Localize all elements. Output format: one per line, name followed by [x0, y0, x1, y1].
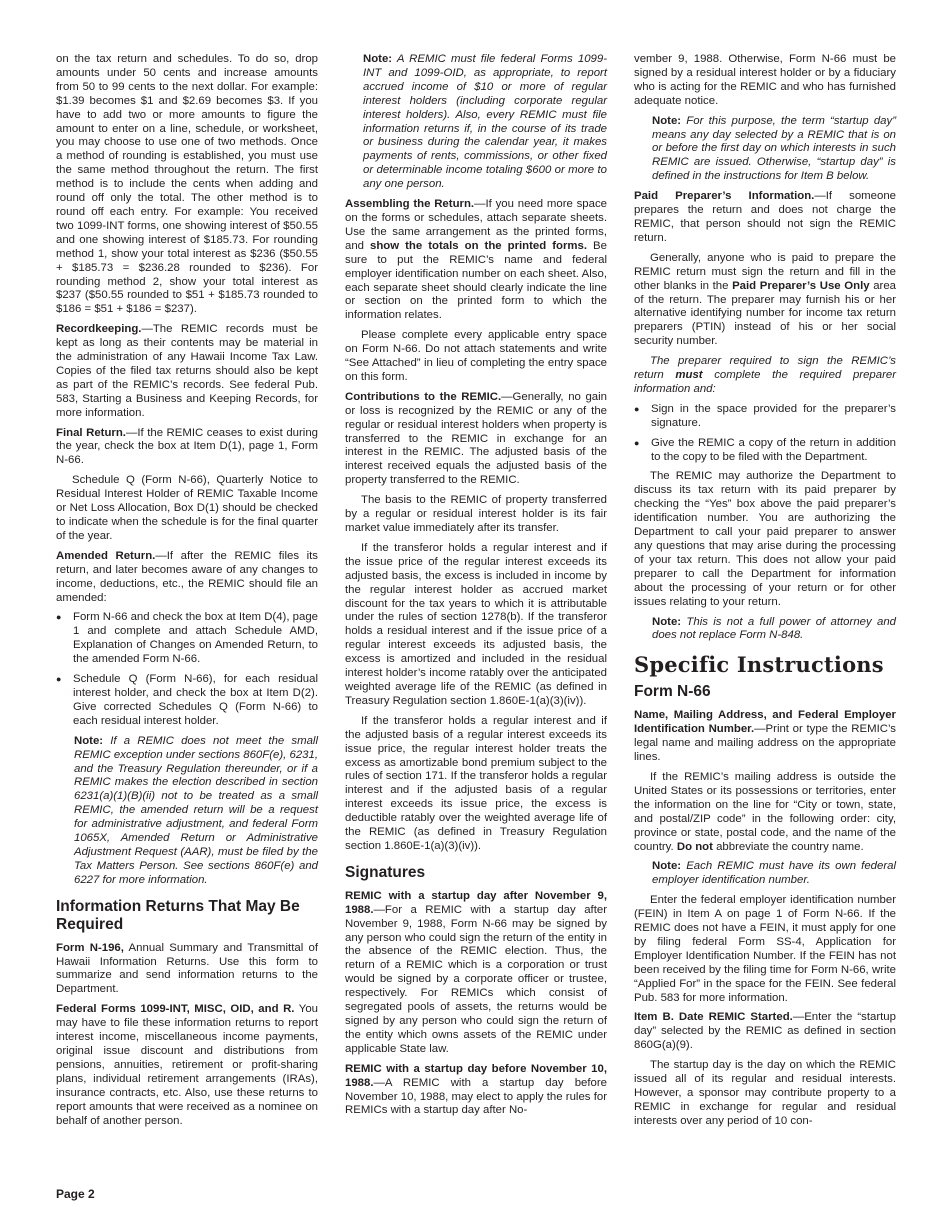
bullet-item: Form N-66 and check the box at Item D(4)… [56, 611, 318, 667]
startup-before-paragraph: REMIC with a startup day before November… [345, 1063, 607, 1119]
recordkeeping-paragraph: Recordkeeping.—The REMIC records must be… [56, 323, 318, 420]
assembling-heading: Assembling the Return. [345, 198, 474, 210]
form-n66-heading: Form N-66 [634, 683, 896, 701]
amended-return-paragraph: Amended Return.—If after the REMIC files… [56, 550, 318, 606]
assembling-paragraph: Assembling the Return.—If you need more … [345, 198, 607, 323]
transferor-paragraph-1: If the transferor holds a regular intere… [345, 542, 607, 709]
outside-us-paragraph: If the REMIC’s mailing address is outsid… [634, 771, 896, 854]
final-return-heading: Final Return. [56, 427, 126, 439]
bullet-item: Give the REMIC a copy of the return in a… [634, 437, 896, 465]
rounding-paragraph: on the tax return and schedules. To do s… [56, 53, 318, 317]
specific-instructions-heading: Specific Instructions [634, 653, 896, 677]
information-returns-note: Note: A REMIC must file federal Forms 10… [363, 53, 607, 192]
contributions-paragraph: Contributions to the REMIC.—Generally, n… [345, 391, 607, 488]
startup-day-note: Note: For this purpose, the term “startu… [652, 115, 896, 185]
bullet-item: Sign in the space provided for the prepa… [634, 403, 896, 431]
fein-note: Note: Each REMIC must have its own feder… [652, 860, 896, 888]
column-3: vember 9, 1988. Otherwise, Form N-66 mus… [634, 53, 896, 1135]
column-2: Note: A REMIC must file federal Forms 10… [345, 53, 607, 1124]
final-return-paragraph: Final Return.—If the REMIC ceases to exi… [56, 427, 318, 469]
authorize-paragraph: The REMIC may authorize the Department t… [634, 470, 896, 609]
federal-forms-paragraph: Federal Forms 1099-INT, MISC, OID, and R… [56, 1003, 318, 1128]
contributions-heading: Contributions to the REMIC. [345, 391, 501, 403]
amended-bullet-list: Form N-66 and check the box at Item D(4)… [56, 611, 318, 728]
power-of-attorney-note: Note: This is not a full power of attorn… [652, 616, 896, 644]
generally-paragraph: Generally, anyone who is paid to prepare… [634, 252, 896, 349]
recordkeeping-heading: Recordkeeping. [56, 323, 141, 335]
bullet-item: Schedule Q (Form N-66), for each residua… [56, 673, 318, 729]
fein-paragraph: Enter the federal employer identificatio… [634, 894, 896, 1005]
amended-return-heading: Amended Return. [56, 550, 155, 562]
startup-after-paragraph: REMIC with a startup day after November … [345, 890, 607, 1057]
preparer-required-paragraph: The preparer required to sign the REMIC’… [634, 355, 896, 397]
name-address-paragraph: Name, Mailing Address, and Federal Emplo… [634, 709, 896, 765]
page-number: Page 2 [56, 1187, 95, 1201]
signatures-heading: Signatures [345, 864, 607, 882]
transferor-paragraph-2: If the transferor holds a regular intere… [345, 715, 607, 854]
form-n196-paragraph: Form N-196, Annual Summary and Transmitt… [56, 942, 318, 998]
paid-preparer-heading: Paid Preparer’s Information. [634, 190, 814, 202]
basis-paragraph: The basis to the REMIC of property trans… [345, 494, 607, 536]
please-complete-paragraph: Please complete every applicable entry s… [345, 329, 607, 385]
startup-day-paragraph: The startup day is the day on which the … [634, 1059, 896, 1129]
amended-note: Note: If a REMIC does not meet the small… [74, 735, 318, 888]
continuation-paragraph: vember 9, 1988. Otherwise, Form N-66 mus… [634, 53, 896, 109]
column-1: on the tax return and schedules. To do s… [56, 53, 318, 1134]
paid-preparer-paragraph: Paid Preparer’s Information.—If someone … [634, 190, 896, 246]
schedule-q-paragraph: Schedule Q (Form N-66), Quarterly Notice… [56, 474, 318, 544]
preparer-bullet-list: Sign in the space provided for the prepa… [634, 403, 896, 465]
information-returns-heading: Information Returns That May Be Required [56, 898, 318, 934]
item-b-paragraph: Item B. Date REMIC Started.—Enter the “s… [634, 1011, 896, 1053]
